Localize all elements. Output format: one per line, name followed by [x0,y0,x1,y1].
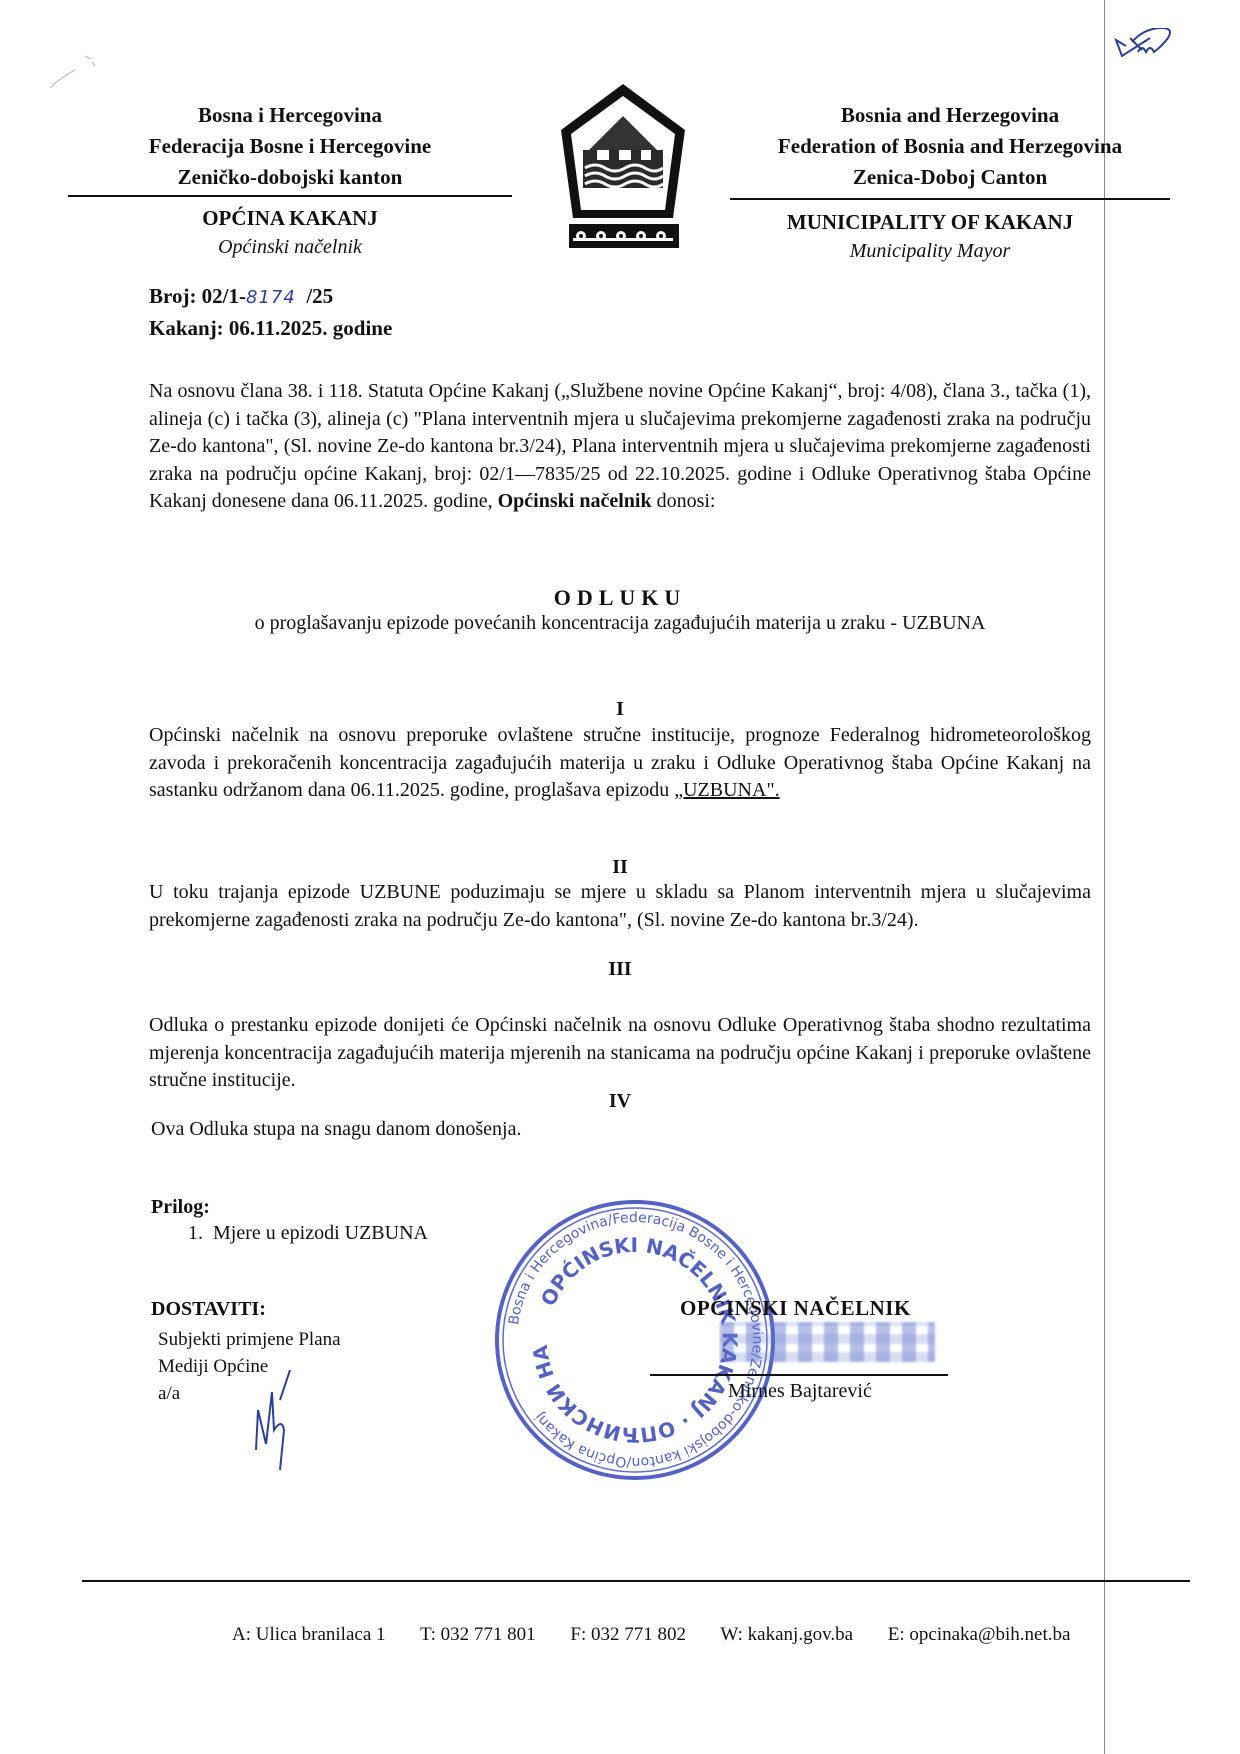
header-left-line: Bosna i Hercegovina [68,100,512,131]
preamble-end: donosi: [652,490,716,512]
footer-web[interactable]: W: kakanj.gov.ba [720,1624,853,1645]
section-text: Općinski načelnik na osnovu preporuke ov… [149,722,1091,805]
footer-email[interactable]: E: opcinaka@bih.net.ba [888,1624,1071,1645]
section-text: U toku trajanja epizode UZBUNE poduzimaj… [149,879,1091,934]
header-right-line: Federation of Bosnia and Herzegovina [730,131,1170,162]
signature-title: OPĆINSKI NAČELNIK [680,1296,911,1321]
attachment-item: 1. Mjere u epizodi UZBUNA [188,1222,428,1245]
place-date: Kakanj: 06.11.2025. godine [149,312,392,344]
delivery-item: Subjekti primjene Plana [158,1326,341,1353]
header-left-rule [68,195,512,197]
preamble-bold: Općinski načelnik [498,490,652,512]
section-text: Ova Odluka stupa na snagu danom donošenj… [151,1116,1093,1144]
section-text: Odluka o prestanku epizode donijeti će O… [149,1012,1091,1095]
section-underlined: „UZBUNA". [674,779,779,801]
handwritten-initials-icon [250,1370,300,1480]
delivery-label: DOSTAVITI: [151,1298,266,1321]
reference-prefix: Broj: 02/1- [149,284,246,308]
redacted-signature [720,1322,935,1362]
signatory-name: Mirnes Bajtarević [728,1380,872,1403]
footer-address: A: Ulica branilaca 1 [232,1624,386,1645]
section-number: IV [149,1090,1091,1113]
municipal-coat-of-arms-icon [553,80,693,252]
header-right-line: Bosnia and Herzegovina [730,100,1170,131]
scan-edge-line [1104,0,1105,1754]
reference-number: Broj: 02/1-8174 /25 [149,280,333,314]
preamble: Na osnovu člana 38. i 118. Statuta Općin… [149,378,1091,516]
section-number: I [149,698,1091,721]
office-subtitle-english: Municipality Mayor [730,240,1130,263]
reference-suffix: /25 [306,284,333,308]
office-subtitle-local: Općinski načelnik [68,236,512,259]
section-number: III [149,958,1091,981]
office-name-english: MUNICIPALITY OF KAKANJ [730,210,1130,235]
header-right-line: Zenica-Doboj Canton [730,162,1170,193]
office-name-local: OPĆINA KAKANJ [68,206,512,231]
header-right: Bosnia and Herzegovina Federation of Bos… [730,100,1170,193]
footer-fax: F: 032 771 802 [570,1624,686,1645]
section-number: II [149,856,1091,879]
footer-contacts: A: Ulica branilaca 1 T: 032 771 801 F: 0… [232,1624,1100,1646]
footer-rule [82,1580,1190,1582]
signature-line [650,1374,948,1376]
header-left-line: Federacija Bosne i Hercegovine [68,131,512,162]
attachment-label: Prilog: [151,1196,210,1219]
header-left: Bosna i Hercegovina Federacija Bosne i H… [68,100,512,193]
handwritten-initials-icon [1112,28,1182,68]
header-left-line: Zeničko-dobojski kanton [68,162,512,193]
decision-title: ODLUKU [149,585,1091,611]
decision-subtitle: o proglašavanju epizode povećanih koncen… [149,612,1091,635]
reference-handwritten-number: 8174 [246,287,296,308]
header-right-rule [730,198,1170,200]
section-body: Općinski načelnik na osnovu preporuke ov… [149,724,1091,801]
scan-marks-icon [30,48,120,108]
footer-phone: T: 032 771 801 [420,1624,536,1645]
